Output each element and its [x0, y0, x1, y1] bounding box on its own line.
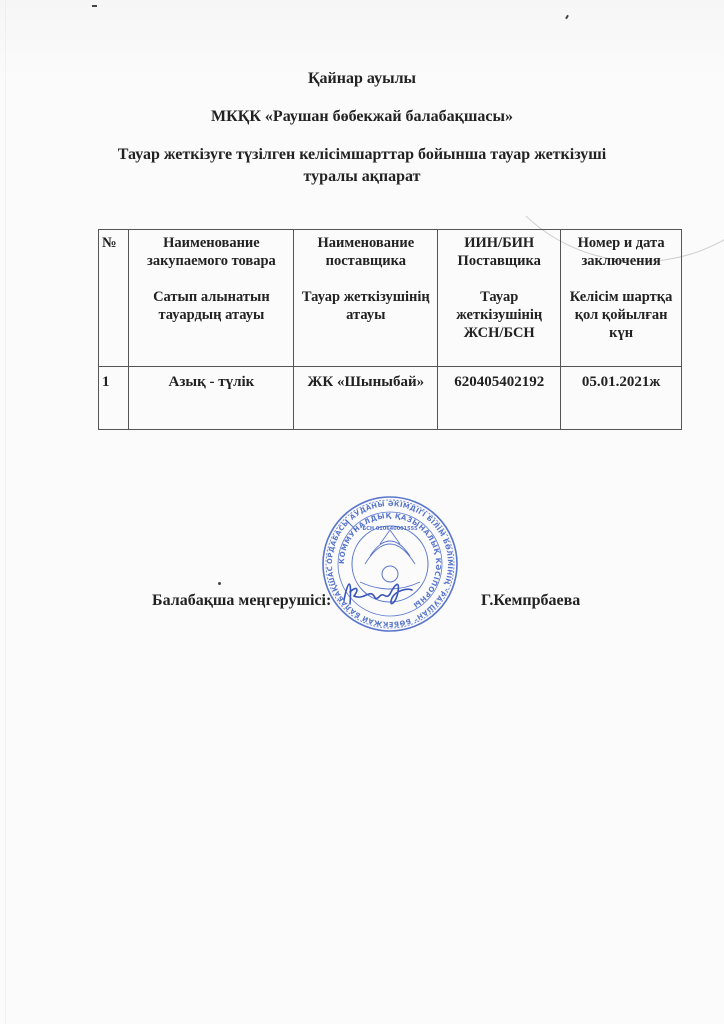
cell-iin-bin: 620405402192 — [438, 367, 561, 430]
col-header-date-ru: Номер и дата заключения — [564, 234, 678, 270]
col-header-number-label: № — [102, 234, 125, 252]
cell-date: 05.01.2021ж — [561, 367, 682, 430]
signatory-name: Г.Кемпрбаева — [481, 592, 580, 610]
col-header-iin-bin: ИИН/БИН Поставщика Тауар жеткізушінің ЖС… — [438, 230, 561, 367]
col-header-goods: Наименование закупаемого товара Сатып ал… — [129, 230, 294, 367]
scan-ghost-curve — [480, 0, 724, 262]
col-header-date: Номер и дата заключения Келісім шартқа қ… — [561, 230, 682, 367]
table-row: 1 Азық - түлік ЖК «Шыныбай» 620405402192… — [99, 367, 682, 430]
col-header-goods-ru: Наименование закупаемого товара — [132, 234, 290, 270]
col-header-supplier-kz: Тауар жеткізушінің атауы — [297, 288, 434, 324]
signature-label: Балабақша меңгерушісі: — [152, 592, 331, 610]
supplier-table: № Наименование закупаемого товара Сатып … — [98, 229, 682, 430]
svg-text:БСН 010640001555: БСН 010640001555 — [362, 526, 418, 532]
col-header-iin-bin-ru: ИИН/БИН Поставщика — [441, 234, 557, 270]
col-header-goods-kz: Сатып алынатын тауардың атауы — [132, 288, 290, 324]
col-header-supplier: Наименование поставщика Тауар жеткізушін… — [294, 230, 438, 367]
col-header-supplier-ru: Наименование поставщика — [297, 234, 434, 270]
scan-speck — [92, 5, 97, 7]
table-header-row: № Наименование закупаемого товара Сатып … — [99, 230, 682, 367]
heading-title: Тауар жеткізуге түзілген келісімшарттар … — [0, 144, 724, 188]
col-header-date-kz: Келісім шартқа қол қойылған күн — [564, 288, 678, 342]
heading-title-line1: Тауар жеткізуге түзілген келісімшарттар … — [0, 144, 724, 166]
col-header-iin-bin-kz: Тауар жеткізушінің ЖСН/БСН — [441, 288, 557, 342]
scan-speck — [218, 582, 221, 585]
heading-title-line2: туралы ақпарат — [0, 166, 724, 188]
heading-village: Қайнар ауылы — [0, 70, 724, 88]
cell-number: 1 — [99, 367, 129, 430]
cell-supplier: ЖК «Шыныбай» — [294, 367, 438, 430]
handwritten-signature-icon — [338, 570, 418, 614]
cell-goods: Азық - түлік — [129, 367, 294, 430]
col-header-number: № — [99, 230, 129, 367]
heading-organization: МКҚК «Раушан бөбекжай балабақшасы» — [0, 108, 724, 126]
